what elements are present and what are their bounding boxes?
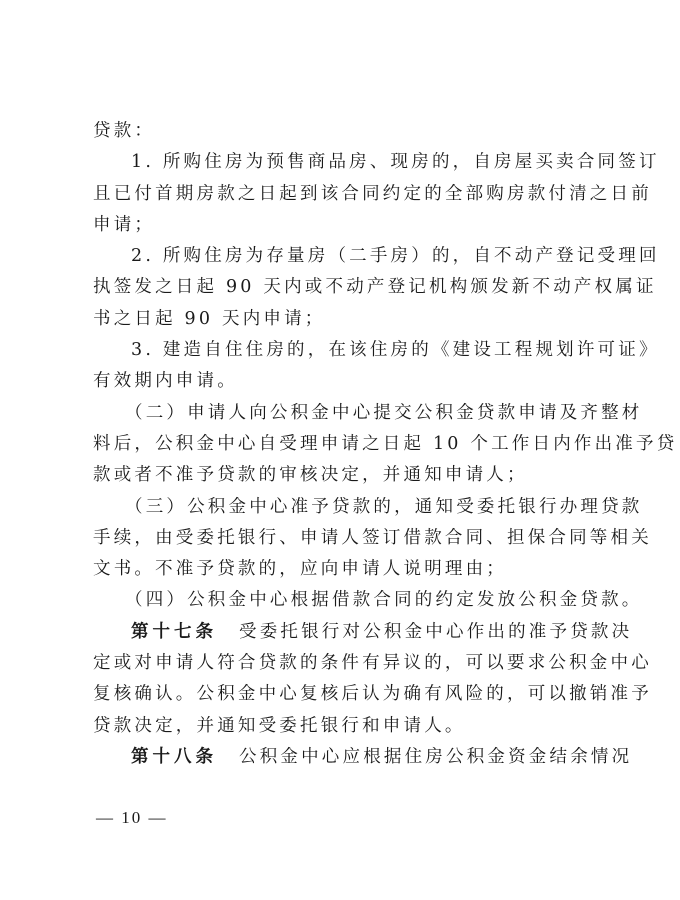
text-line: 定或对申请人符合贷款的条件有异议的，可以要求公积金中心: [93, 648, 585, 679]
text-line: 执签发之日起 90 天内或不动产登记机构颁发新不动产权属证: [93, 272, 585, 303]
text-line: 手续，由受委托银行、申请人签订借款合同、担保合同等相关: [93, 523, 585, 554]
text-line: 且已付首期房款之日起到该合同约定的全部购房款付清之日前: [93, 179, 585, 210]
text-line: 2. 所购住房为存量房（二手房）的，自不动产登记受理回: [93, 241, 585, 272]
text-line: 1. 所购住房为预售商品房、现房的，自房屋买卖合同签订: [93, 147, 585, 178]
article-18-heading: 第十八条: [131, 747, 217, 767]
text-line: 文书。不准予贷款的，应向申请人说明理由；: [93, 554, 585, 585]
text-line: 复核确认。公积金中心复核后认为确有风险的，可以撤销准予: [93, 679, 585, 710]
document-page: 贷款： 1. 所购住房为预售商品房、现房的，自房屋买卖合同签订 且已付首期房款之…: [0, 0, 680, 900]
text-line: 贷款：: [93, 116, 585, 147]
text-line: （三）公积金中心准予贷款的，通知受委托银行办理贷款: [93, 492, 585, 523]
body-text: 贷款： 1. 所购住房为预售商品房、现房的，自房屋买卖合同签订 且已付首期房款之…: [93, 116, 585, 773]
article-17-text: 受委托银行对公积金中心作出的准予贷款决: [239, 622, 632, 642]
article-18-text: 公积金中心应根据住房公积金资金结余情况: [239, 747, 632, 767]
text-line: 书之日起 90 天内申请；: [93, 304, 585, 335]
article-17-first-line: 第十七条受委托银行对公积金中心作出的准予贷款决: [93, 617, 585, 648]
text-line: 申请；: [93, 210, 585, 241]
text-line: 款或者不准予贷款的审核决定，并通知申请人；: [93, 460, 585, 491]
text-line: 有效期内申请。: [93, 366, 585, 397]
page-number: — 10 —: [96, 808, 168, 828]
article-18-first-line: 第十八条公积金中心应根据住房公积金资金结余情况: [93, 742, 585, 773]
text-line: （二）申请人向公积金中心提交公积金贷款申请及齐整材: [93, 398, 585, 429]
article-17-heading: 第十七条: [131, 622, 217, 642]
text-line: 贷款决定，并通知受委托银行和申请人。: [93, 711, 585, 742]
text-line: 料后，公积金中心自受理申请之日起 10 个工作日内作出准予贷: [93, 429, 585, 460]
text-line: （四）公积金中心根据借款合同的约定发放公积金贷款。: [93, 585, 585, 616]
text-line: 3. 建造自住住房的，在该住房的《建设工程规划许可证》: [93, 335, 585, 366]
